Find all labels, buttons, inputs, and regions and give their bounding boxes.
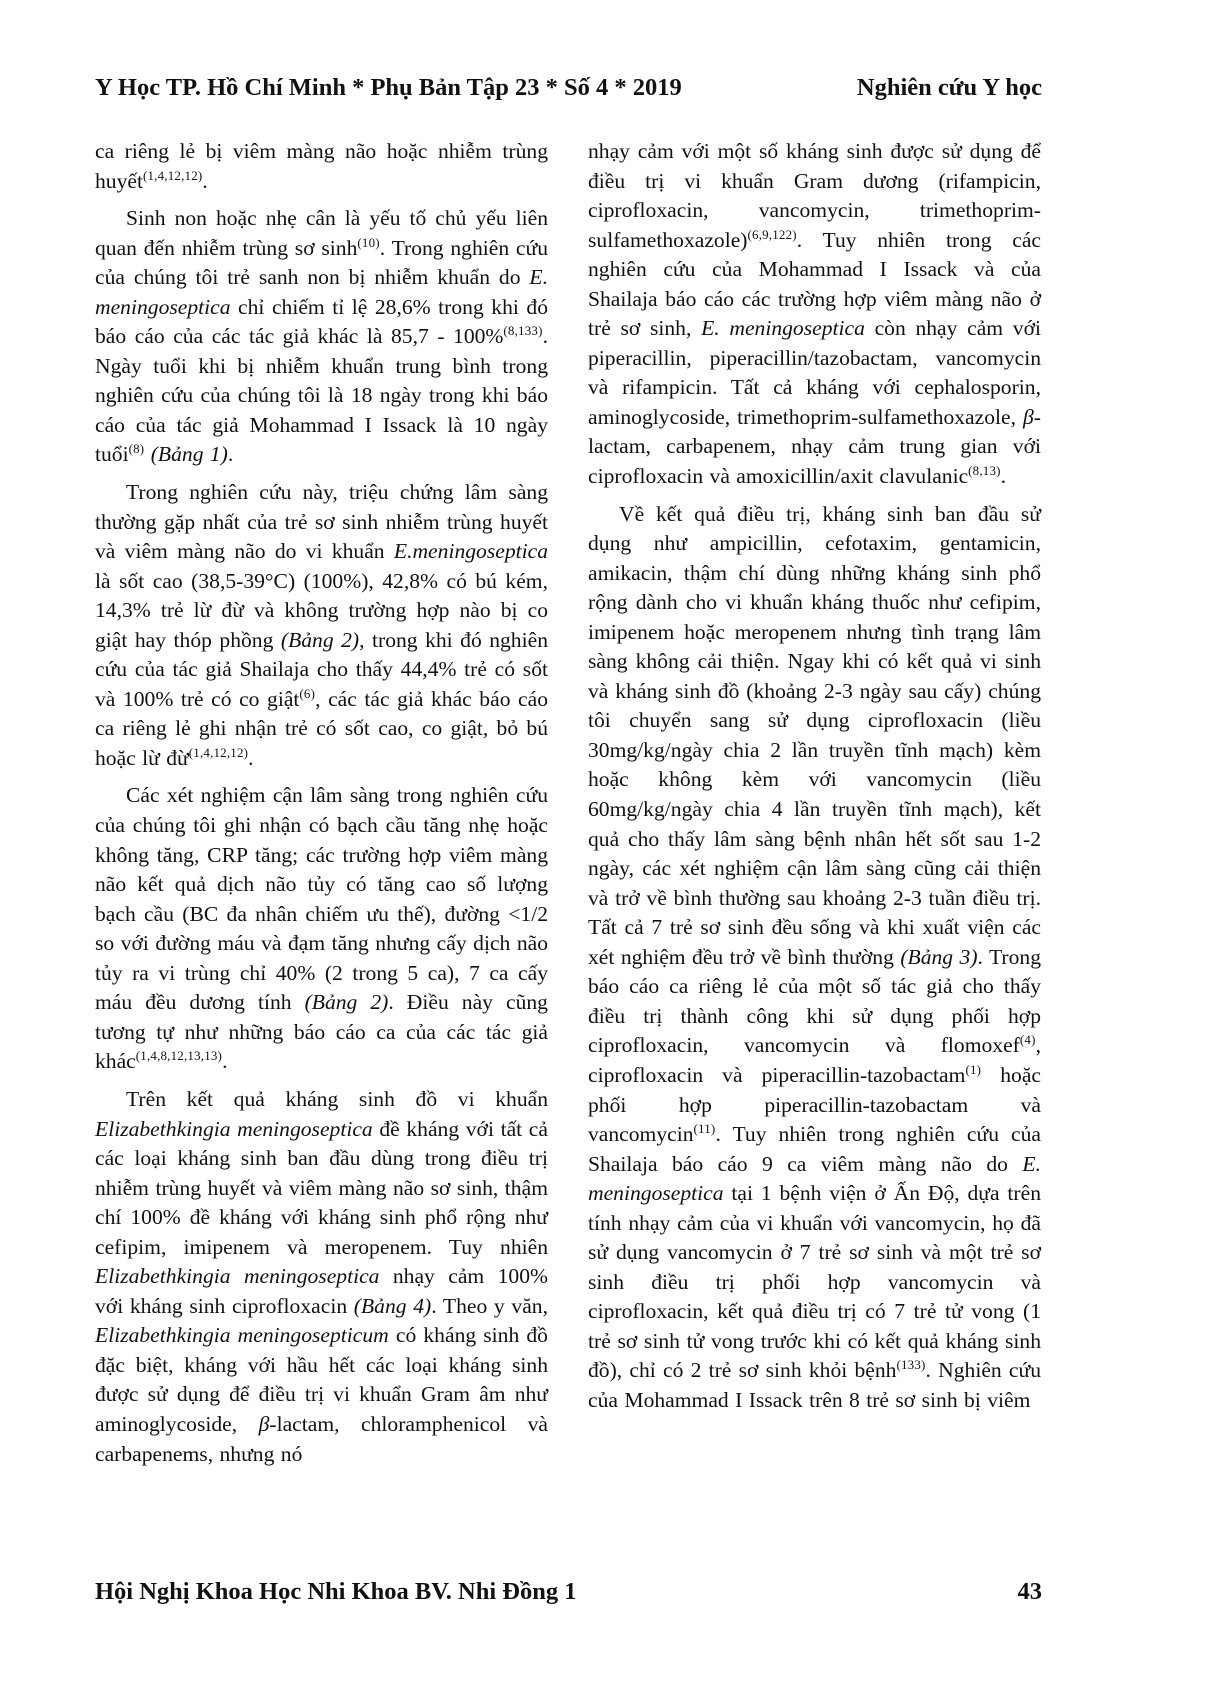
body-text: . Theo y văn, [431,1294,548,1318]
reference-superscript: (8,133) [503,323,542,338]
paragraph: nhạy cảm với một số kháng sinh được sử d… [588,137,1041,492]
italic-text: (Bảng 2) [281,628,359,652]
italic-text: E. meningoseptica [701,316,865,340]
body-text: . [228,442,233,466]
paragraph: ca riêng lẻ bị viêm màng não hoặc nhiễm … [95,137,548,196]
page-number: 43 [1018,1578,1043,1606]
section-label: Nghiên cứu Y học [857,74,1042,102]
italic-text: (Bảng 2) [305,990,389,1014]
italic-text: Elizabethkingia meningosepticum [95,1323,389,1347]
body-text: Trên kết quả kháng sinh đồ vi khuẩn [126,1087,548,1111]
article-body: ca riêng lẻ bị viêm màng não hoặc nhiễm … [95,137,1042,1477]
body-text: tại 1 bệnh viện ở Ấn Độ, dựa trên tính n… [588,1181,1041,1382]
reference-superscript: (10) [357,234,379,249]
body-text: . [1001,464,1006,488]
reference-superscript: (1,4,12,12) [143,167,202,182]
right-column: nhạy cảm với một số kháng sinh được sử d… [588,137,1041,1477]
reference-superscript: (11) [694,1121,716,1136]
reference-superscript: (6) [299,686,315,701]
italic-text: E.meningoseptica [394,539,548,563]
italic-text: β [1023,405,1034,429]
italic-text: Elizabethkingia meningoseptica [95,1264,379,1288]
reference-superscript: (8,13) [968,463,1001,478]
page-header: Y Học TP. Hồ Chí Minh * Phụ Bản Tập 23 *… [95,74,1042,102]
italic-text: (Bảng 1) [151,442,228,466]
reference-superscript: (1) [965,1062,981,1077]
italic-text: β [259,1412,270,1436]
reference-superscript: (4) [1020,1032,1036,1047]
paragraph: Các xét nghiệm cận lâm sàng trong nghiên… [95,781,548,1076]
reference-superscript: (1,4,8,12,13,13) [136,1048,222,1063]
reference-superscript: (1,4,12,12) [189,745,248,760]
journal-page: Y Học TP. Hồ Chí Minh * Phụ Bản Tập 23 *… [0,0,1210,1683]
paragraph: Về kết quả điều trị, kháng sinh ban đầu … [588,500,1041,1416]
left-column: ca riêng lẻ bị viêm màng não hoặc nhiễm … [95,137,548,1477]
paragraph: Sinh non hoặc nhẹ cân là yếu tố chủ yếu … [95,204,548,470]
body-text: . [248,746,253,770]
reference-superscript: (8) [129,441,145,456]
italic-text: Elizabethkingia meningoseptica [95,1117,373,1141]
body-text: Các xét nghiệm cận lâm sàng trong nghiên… [95,783,548,1014]
conference-title: Hội Nghị Khoa Học Nhi Khoa BV. Nhi Đồng … [95,1578,576,1606]
paragraph: Trong nghiên cứu này, triệu chứng lâm sà… [95,478,548,773]
italic-text: (Bảng 4) [354,1294,431,1318]
reference-superscript: (6,9,122) [748,226,797,241]
journal-title: Y Học TP. Hồ Chí Minh * Phụ Bản Tập 23 *… [95,74,682,102]
reference-superscript: (133) [896,1357,925,1372]
body-text: ca riêng lẻ bị viêm màng não hoặc nhiễm … [95,139,548,193]
body-text: . [202,169,207,193]
paragraph: Trên kết quả kháng sinh đồ vi khuẩn Eliz… [95,1085,548,1469]
body-text: . [222,1049,227,1073]
italic-text: (Bảng 3) [900,945,977,969]
body-text: Về kết quả điều trị, kháng sinh ban đầu … [588,502,1041,969]
page-footer: Hội Nghị Khoa Học Nhi Khoa BV. Nhi Đồng … [95,1578,1042,1606]
